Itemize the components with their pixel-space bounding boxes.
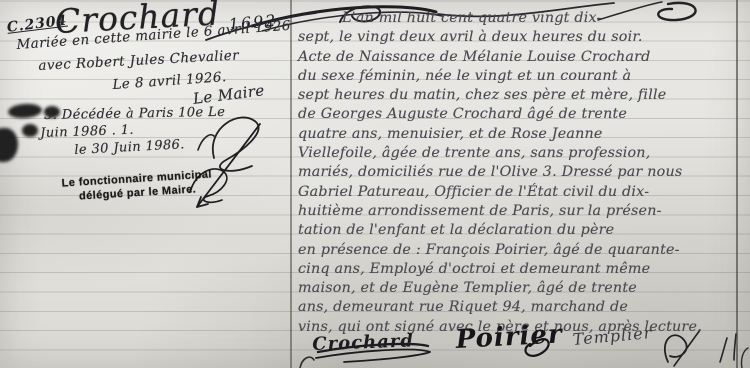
act-line: Viellefoile, âgée de trente ans, sans pr… xyxy=(298,144,732,163)
act-line: de Georges Auguste Crochard âgé de trent… xyxy=(298,105,732,124)
page-right-rule xyxy=(736,0,738,368)
act-line: ans, demeurant rue Riquet 94, marchand d… xyxy=(298,298,732,317)
act-line: maison, et de Eugène Templier, âgé de tr… xyxy=(298,279,732,298)
municipal-officer-stamp: Le fonctionnaire municipal délégué par l… xyxy=(61,167,213,204)
ink-blot xyxy=(22,124,38,137)
birth-act-text: L'an mil huit cent quatre vingt dix- sep… xyxy=(298,9,732,337)
act-line: du sexe féminin, née le vingt et un cour… xyxy=(298,67,732,86)
mayor-signature-paraph xyxy=(198,117,259,170)
act-line: tation de l'enfant et la déclaration du … xyxy=(298,221,732,240)
act-line: sept, le vingt deux avril à deux heures … xyxy=(298,28,732,47)
act-line: en présence de : François Poirier, âgé d… xyxy=(298,241,732,260)
act-line: Acte de Naissance de Mélanie Louise Croc… xyxy=(298,48,732,67)
act-line: L'an mil huit cent quatre vingt dix- xyxy=(298,9,732,28)
civil-registry-scan: C.2304 Crochard 1692 Mariée en cette mai… xyxy=(0,0,750,368)
death-note-line-1: 3. Décédée à Paris 10e Le xyxy=(44,105,225,123)
death-note-line-2: Juin 1986 . 1. xyxy=(40,123,134,141)
margin-initial-paraph xyxy=(720,334,736,362)
ink-blot xyxy=(8,103,43,119)
act-line: mariés, domiciliés rue de l'Olive 3. Dre… xyxy=(298,163,732,182)
act-line: Gabriel Patureau, Officier de l'État civ… xyxy=(298,183,732,202)
act-line: sept heures du matin, chez ses père et m… xyxy=(298,86,732,105)
act-line: huitième arrondissement de Paris, sur la… xyxy=(298,202,732,221)
ink-blot xyxy=(0,128,18,162)
signature-crochard: Crochard xyxy=(312,330,414,355)
act-line: quatre ans, menuisier, et de Rose Jeanne xyxy=(298,125,732,144)
signature-poirier: Poirier xyxy=(455,319,563,355)
margin-divider-rule xyxy=(290,0,292,368)
act-line: cinq ans, Employé d'octroi et demeurant … xyxy=(298,260,732,279)
death-note-line-3: le 30 Juin 1986. xyxy=(74,137,185,158)
